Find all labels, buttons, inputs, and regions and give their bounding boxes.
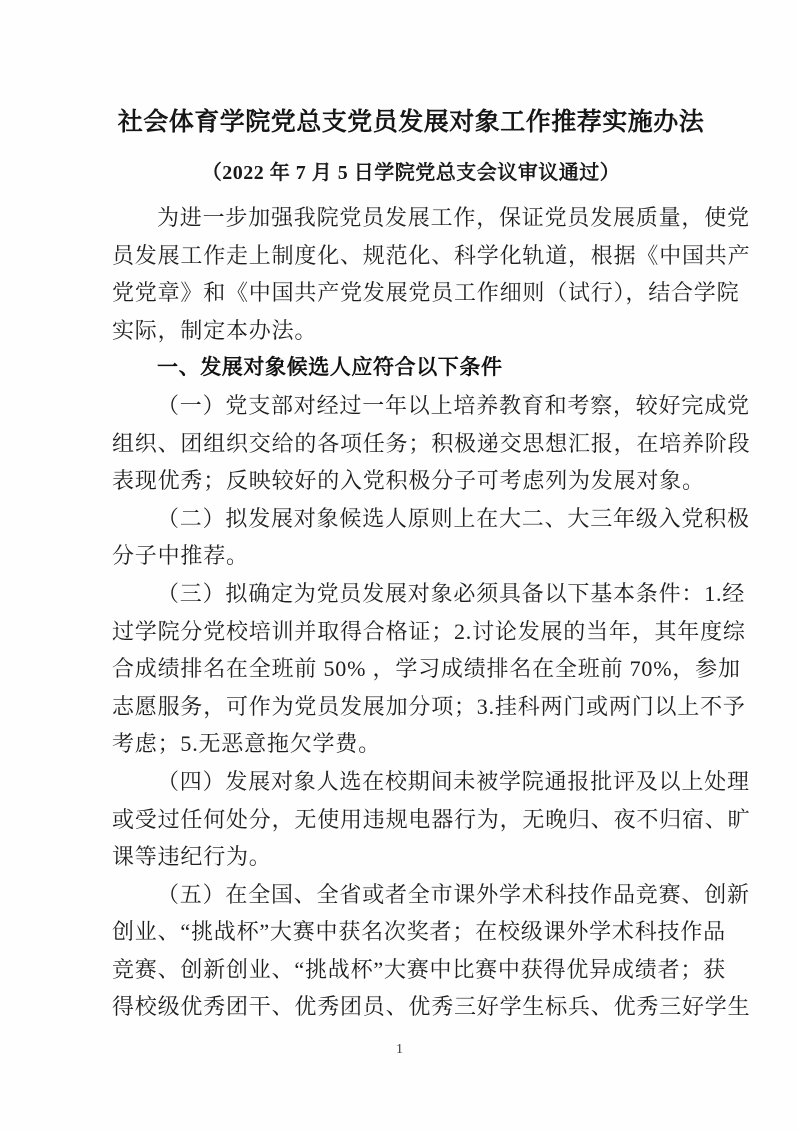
doc-subtitle: （2022 年 7 月 5 日学院党总支会议审议通过） [112,160,710,187]
document-body: 社会体育学院党总支党员发展对象工作推荐实施办法（2022 年 7 月 5 日学院… [112,0,710,1026]
para-item-1: （一）党支部对经过一年以上培养教育和考察，较好完成党组织、团组织交给的各项任务；… [112,387,710,500]
text-line: 表现优秀；反映较好的入党积极分子可考虑列为发展对象。 [112,462,710,500]
text-line: 员发展工作走上制度化、规范化、科学化轨道，根据《中国共产 [112,237,710,275]
text-line: （四）发展对象人选在校期间未被学院通报批评及以上处理 [112,763,710,801]
para-item-4: （四）发展对象人选在校期间未被学院通报批评及以上处理或受过任何处分，无使用违规电… [112,763,710,876]
text-line: 过学院分党校培训并取得合格证；2.讨论发展的当年，其年度综 [112,613,710,651]
text-line: （2022 年 7 月 5 日学院党总支会议审议通过） [112,160,710,187]
text-line: 党党章》和《中国共产党发展党员工作细则（试行），结合学院 [112,274,710,312]
para-item-2: （二）拟发展对象候选人原则上在大二、大三年级入党积极分子中推荐。 [112,500,710,575]
text-line: 一、发展对象候选人应符合以下条件 [112,349,710,387]
document-page: 社会体育学院党总支党员发展对象工作推荐实施办法（2022 年 7 月 5 日学院… [0,0,799,1131]
para-intro: 为进一步加强我院党员发展工作，保证党员发展质量，使党员发展工作走上制度化、规范化… [112,199,710,349]
text-line: 或受过任何处分，无使用违规电器行为，无晚归、夜不归宿、旷 [112,801,710,839]
text-line: 得校级优秀团干、优秀团员、优秀三好学生标兵、优秀三好学生 [112,988,710,1026]
text-line: 创业、“挑战杯”大赛中获名次奖者；在校级课外学术科技作品 [112,913,710,951]
doc-title: 社会体育学院党总支党员发展对象工作推荐实施办法 [112,106,710,140]
text-line: （二）拟发展对象候选人原则上在大二、大三年级入党积极 [112,500,710,538]
text-line: 志愿服务，可作为党员发展加分项；3.挂科两门或两门以上不予 [112,688,710,726]
text-line: 实际，制定本办法。 [112,312,710,350]
text-line: 分子中推荐。 [112,537,710,575]
text-line: 合成绩排名在全班前 50% ，学习成绩排名在全班前 70%，参加 [112,650,710,688]
para-item-5: （五）在全国、全省或者全市课外学术科技作品竞赛、创新创业、“挑战杯”大赛中获名次… [112,876,710,1026]
text-line: （五）在全国、全省或者全市课外学术科技作品竞赛、创新 [112,876,710,914]
page-number: 1 [0,1042,799,1058]
text-line: 组织、团组织交给的各项任务；积极递交思想汇报，在培养阶段 [112,425,710,463]
heading-section-1: 一、发展对象候选人应符合以下条件 [112,349,710,387]
text-line: （三）拟确定为党员发展对象必须具备以下基本条件：1.经 [112,575,710,613]
text-line: 社会体育学院党总支党员发展对象工作推荐实施办法 [112,106,710,140]
text-line: （一）党支部对经过一年以上培养教育和考察，较好完成党 [112,387,710,425]
text-line: 考虑；5.无恶意拖欠学费。 [112,725,710,763]
text-line: 课等违纪行为。 [112,838,710,876]
text-line: 为进一步加强我院党员发展工作，保证党员发展质量，使党 [112,199,710,237]
text-line: 竞赛、创新创业、“挑战杯”大赛中比赛中获得优异成绩者；获 [112,951,710,989]
para-item-3: （三）拟确定为党员发展对象必须具备以下基本条件：1.经过学院分党校培训并取得合格… [112,575,710,763]
